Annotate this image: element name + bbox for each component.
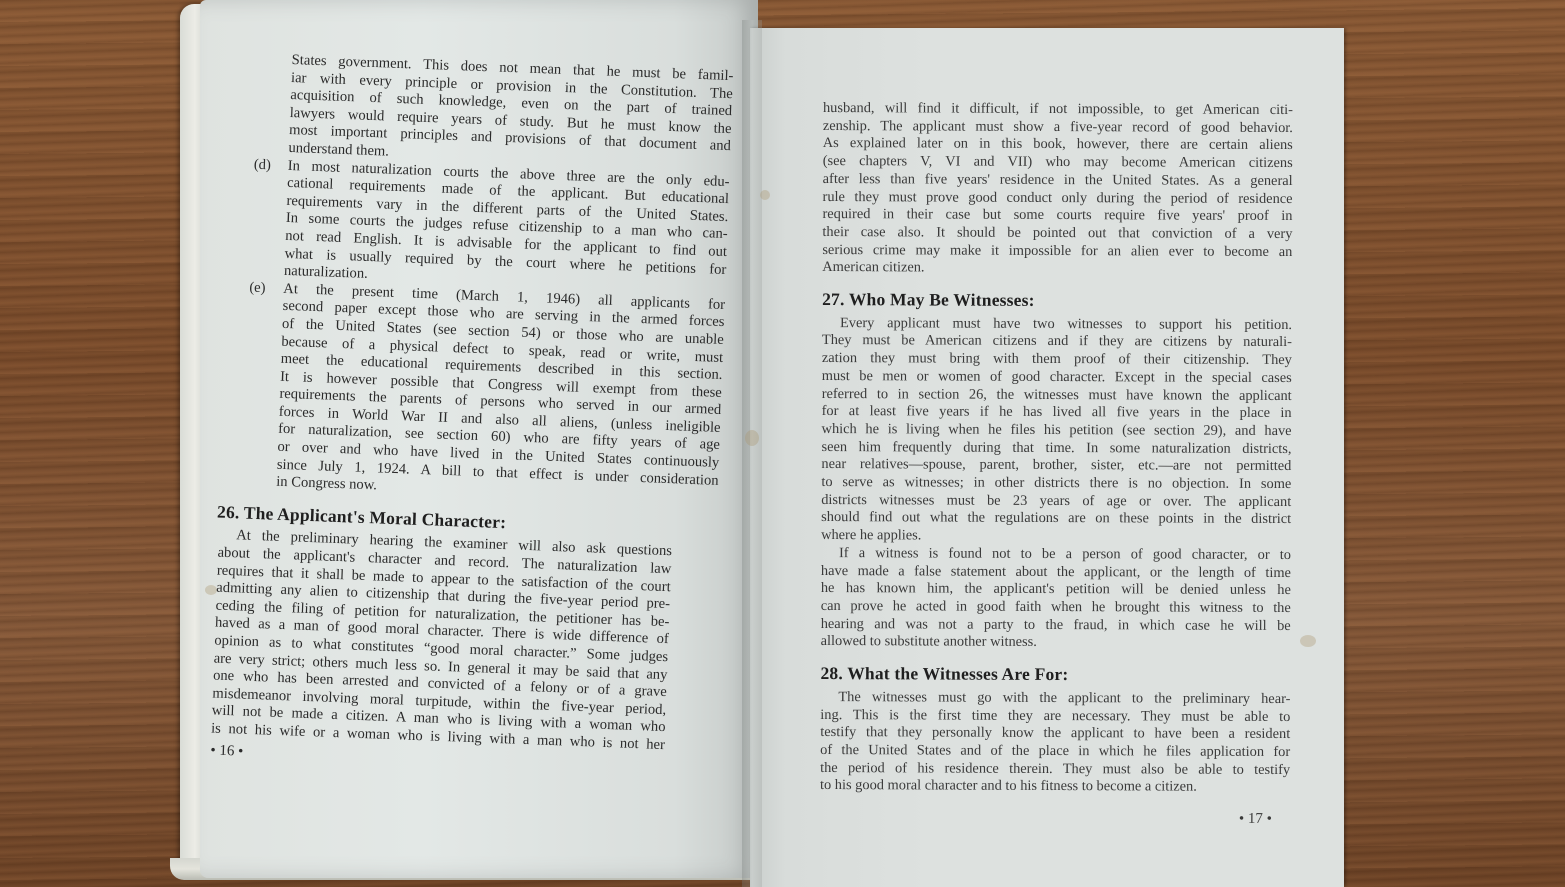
text-line: hearing and was not a party to the fraud… (821, 616, 1291, 636)
text-line: he has known him, the applicant's petiti… (821, 580, 1291, 600)
section-27-paragraph-2: If a witness is found not to be a person… (821, 545, 1291, 653)
text-line: zenship. The applicant must show a five-… (823, 118, 1293, 138)
text-line: testify that they personally know the ap… (820, 724, 1290, 744)
paper-stain (745, 430, 759, 446)
text-line: husband, will find it difficult, if not … (823, 100, 1293, 120)
text-line: ing. This is the first time they are nec… (820, 706, 1290, 726)
text-line: after less than five years' residence in… (823, 171, 1293, 191)
text-line: have made a false statement about the ap… (821, 563, 1291, 583)
continuation-paragraph: husband, will find it difficult, if not … (822, 100, 1293, 279)
open-book: States government. This does not mean th… (0, 0, 1565, 887)
page-number-17: • 17 • (820, 809, 1290, 829)
text-line: where he applies. (821, 527, 1291, 547)
continuation-paragraph: States government. This does not mean th… (288, 52, 734, 174)
text-line: As explained later on in this book, howe… (823, 135, 1293, 155)
item-label: (d) (254, 156, 272, 174)
text-line: serious crime may make it impossible for… (822, 242, 1292, 262)
text-line: can prove he acted in good faith when he… (821, 598, 1291, 618)
text-line: near relatives—spouse, parent, brother, … (821, 456, 1291, 476)
text-line: of the United States and of the place in… (820, 742, 1290, 762)
text-line: the period of his residence therein. The… (820, 760, 1290, 780)
right-page-text: husband, will find it difficult, if not … (820, 100, 1293, 829)
item-label: (e) (249, 279, 266, 297)
list-item-e: (e) At the present time (March 1, 1946) … (276, 281, 725, 508)
left-page-text: States government. This does not mean th… (266, 52, 734, 778)
book-gutter (742, 20, 762, 887)
text-line: allowed to substitute another witness. (821, 633, 1291, 653)
paper-stain (1300, 635, 1316, 647)
text-line: must be men or women of good character. … (822, 368, 1292, 388)
text-line: which he is living when he files his pet… (822, 421, 1292, 441)
text-line: They must be American citizens and if th… (822, 332, 1292, 352)
text-line: If a witness is found not to be a person… (821, 545, 1291, 565)
text-line: (see chapters V, VI and VII) who may bec… (823, 153, 1293, 173)
text-line: to serve as witnesses; in other district… (821, 474, 1291, 494)
section-heading-28: 28. What the Witnesses Are For: (820, 665, 1290, 685)
section-heading-27: 27. Who May Be Witnesses: (822, 291, 1292, 311)
text-line: American citizen. (822, 259, 1292, 279)
text-line: zation they must bring with them proof o… (822, 350, 1292, 370)
text-line: for at least five years if he has lived … (822, 403, 1292, 423)
text-line: should find out what the regulations are… (821, 509, 1291, 529)
section-27-paragraph-1: Every applicant must have two witnesses … (821, 315, 1292, 547)
section-26-paragraph: At the preliminary hearing the examiner … (211, 527, 672, 755)
section-28-paragraph: The witnesses must go with the applicant… (820, 689, 1290, 797)
list-item-d: (d) In most naturalization courts the ab… (284, 157, 730, 296)
text-line: rule they must prove good conduct only d… (823, 189, 1293, 209)
paper-stain (760, 190, 770, 200)
text-line: seen him frequently during that time. In… (821, 439, 1291, 459)
text-line: their case also. It should be pointed ou… (822, 224, 1292, 244)
text-line: The witnesses must go with the applicant… (820, 689, 1290, 709)
text-line: to his good moral character and to his f… (820, 777, 1290, 797)
text-line: Every applicant must have two witnesses … (822, 315, 1292, 335)
text-line: districts witnesses must be 23 years of … (821, 492, 1291, 512)
text-line: referred to in section 26, the witnesses… (822, 386, 1292, 406)
text-line: required in their case but some courts r… (822, 206, 1292, 226)
